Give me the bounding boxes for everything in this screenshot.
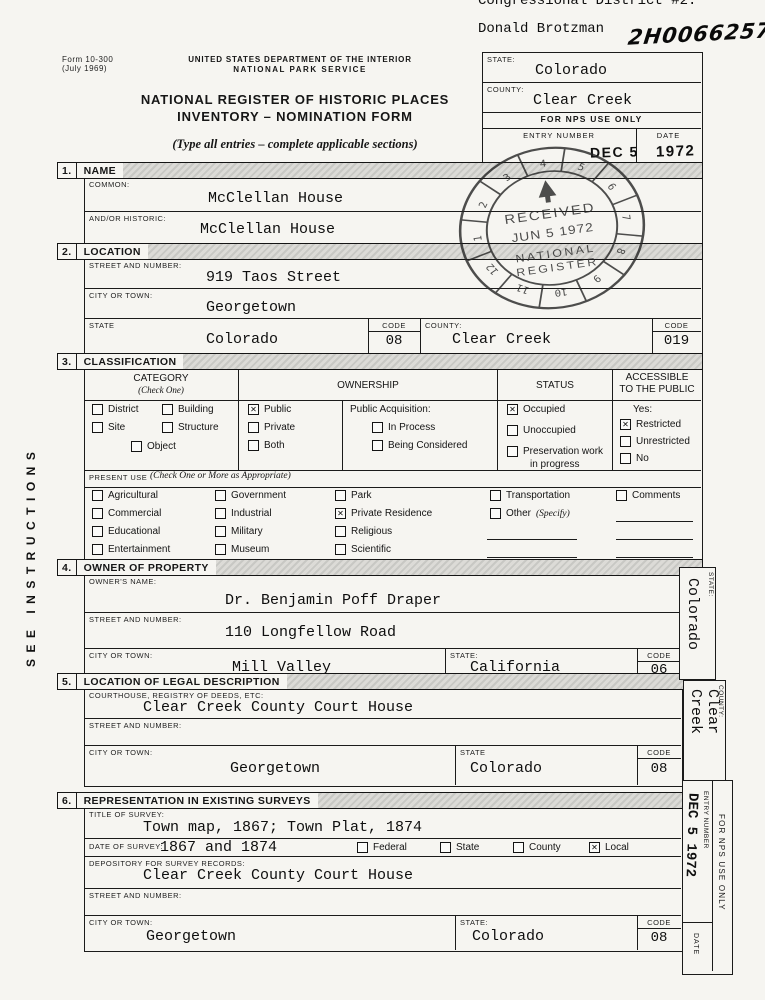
checkbox-label: Private xyxy=(264,422,295,433)
checkbox-use-government[interactable]: Government xyxy=(215,490,286,501)
state-value: Colorado xyxy=(470,760,542,777)
city-label: CITY OR TOWN: xyxy=(89,918,153,927)
checkbox-use-comments[interactable]: Comments xyxy=(616,490,680,501)
code-label: CODE xyxy=(637,748,681,757)
status-header: STATUS xyxy=(498,380,612,391)
present-use-note: (Check One or More as Appropriate) xyxy=(150,471,291,481)
checkbox-label: Transportation xyxy=(506,490,570,501)
divider xyxy=(368,331,420,332)
checkbox-label: Unrestricted xyxy=(636,436,690,447)
checkbox-label: Public xyxy=(264,404,291,415)
street-label: STREET AND NUMBER: xyxy=(89,615,182,624)
divider xyxy=(84,288,701,289)
historic-name-value: McClellan House xyxy=(200,221,335,238)
section-number: 2. xyxy=(58,244,77,259)
divider xyxy=(420,318,421,353)
checkbox-category-building[interactable]: Building xyxy=(162,404,214,415)
state-label: STATE xyxy=(89,321,115,330)
checkbox-status-occupied[interactable]: ✕Occupied xyxy=(507,404,565,415)
city-label: CITY OR TOWN: xyxy=(89,291,153,300)
blank-line xyxy=(487,539,577,540)
divider xyxy=(683,922,712,923)
checkbox-use-agricultural[interactable]: Agricultural xyxy=(92,490,158,501)
checkbox-label: In Process xyxy=(388,422,435,433)
checkbox-box[interactable] xyxy=(372,422,383,433)
form-title-line2: INVENTORY – NOMINATION FORM xyxy=(110,109,480,124)
side-tab-county-value: Clear Creek xyxy=(687,689,721,751)
blank-line xyxy=(616,557,693,558)
congressman-name: Donald Brotzman xyxy=(478,21,604,37)
blank-line xyxy=(616,539,693,540)
checkbox-box[interactable] xyxy=(215,526,226,537)
section-title: LOCATION OF LEGAL DESCRIPTION xyxy=(77,674,287,689)
city-value: Georgetown xyxy=(230,760,320,777)
county-label: COUNTY: xyxy=(425,321,462,330)
date-stamp-month-day: DEC 5 xyxy=(590,143,639,160)
divider xyxy=(637,758,681,759)
checkbox-status-unoccupied[interactable]: Unoccupied xyxy=(507,425,576,436)
divider xyxy=(84,400,701,401)
city-value: Georgetown xyxy=(206,299,296,316)
street-label: STREET AND NUMBER: xyxy=(89,261,182,270)
checkbox-box[interactable] xyxy=(440,842,451,853)
status-wrap-label: in progress xyxy=(530,459,579,470)
divider xyxy=(84,856,681,857)
checkbox-box[interactable] xyxy=(215,490,226,501)
divider xyxy=(84,487,701,488)
divider xyxy=(652,331,701,332)
section-number: 4. xyxy=(58,560,77,575)
divider xyxy=(637,928,681,929)
divider xyxy=(342,400,343,470)
date-label: DATE xyxy=(636,131,701,140)
checkbox-use-transportation[interactable]: Transportation xyxy=(490,490,570,501)
section-number: 3. xyxy=(58,354,77,369)
divider xyxy=(482,82,701,83)
checkbox-label: Entertainment xyxy=(108,544,170,555)
blank-line xyxy=(487,557,577,558)
checkbox-label: Unoccupied xyxy=(523,425,576,436)
checkbox-box[interactable] xyxy=(507,425,518,436)
code-label: CODE xyxy=(637,918,681,927)
survey-title-label: TITLE OF SURVEY: xyxy=(89,810,164,819)
checkbox-box[interactable] xyxy=(490,508,501,519)
other-specify-note: (Specify) xyxy=(536,509,570,519)
section-number: 1. xyxy=(58,163,77,178)
form-number: Form 10-300 xyxy=(62,55,113,64)
divider xyxy=(482,112,701,113)
county-label: COUNTY: xyxy=(487,85,524,94)
section-bar-classification: 3. CLASSIFICATION xyxy=(57,353,703,370)
checkbox-label: Agricultural xyxy=(108,490,158,501)
street-value: 919 Taos Street xyxy=(206,269,341,286)
divider xyxy=(84,648,681,649)
present-use-label: PRESENT USE xyxy=(89,473,147,482)
section-title: CLASSIFICATION xyxy=(77,354,184,369)
side-tab-state-label: STATE: xyxy=(707,572,714,597)
access-header-line2: TO THE PUBLIC xyxy=(613,384,701,395)
divider xyxy=(84,211,701,212)
checkbox-box[interactable] xyxy=(616,490,627,501)
checkbox-label: State xyxy=(456,842,479,853)
historic-label: AND/OR HISTORIC: xyxy=(89,214,166,223)
checkbox-use-scientific[interactable]: Scientific xyxy=(335,544,391,555)
category-subheader: (Check One) xyxy=(100,385,222,395)
section-bar-surveys: 6. REPRESENTATION IN EXISTING SURVEYS xyxy=(57,792,703,809)
courthouse-value: Clear Creek County Court House xyxy=(143,699,413,716)
survey-date-label: DATE OF SURVEY: xyxy=(89,842,163,851)
divider xyxy=(84,888,681,889)
checkbox-use-religious[interactable]: Religious xyxy=(335,526,392,537)
code-value: 08 xyxy=(637,930,681,946)
handwritten-reference-number: 2H0066257 xyxy=(627,18,765,50)
checkbox-box[interactable] xyxy=(248,422,259,433)
checkbox-box[interactable] xyxy=(507,446,518,457)
checkbox-survey-federal[interactable]: Federal xyxy=(357,842,407,853)
section-number: 5. xyxy=(58,674,77,689)
divider xyxy=(455,915,456,950)
checkbox-label: Building xyxy=(178,404,214,415)
checkbox-box[interactable] xyxy=(513,842,524,853)
scanned-nomination-form: SEE INSTRUCTIONS Congressional District … xyxy=(0,0,765,1000)
common-label: COMMON: xyxy=(89,180,130,189)
see-instructions-vertical-text: SEE INSTRUCTIONS xyxy=(24,372,38,667)
checkbox-label: Government xyxy=(231,490,286,501)
checkbox-category-structure[interactable]: Structure xyxy=(162,422,219,433)
checkbox-label: Military xyxy=(231,526,263,537)
city-label: CITY OR TOWN: xyxy=(89,651,153,660)
checkbox-ownership-both[interactable]: Both xyxy=(248,440,285,451)
divider xyxy=(455,745,456,785)
checkbox-label: Museum xyxy=(231,544,269,555)
date-label: DATE xyxy=(692,933,699,955)
checkbox-label: Site xyxy=(108,422,125,433)
checkbox-box[interactable] xyxy=(162,422,173,433)
acquisition-label: Public Acquisition: xyxy=(350,404,431,415)
checkbox-ownership-private[interactable]: Private xyxy=(248,422,295,433)
checkbox-box[interactable] xyxy=(215,508,226,519)
checkbox-box[interactable]: ✕ xyxy=(335,508,346,519)
checkbox-box[interactable] xyxy=(92,422,103,433)
checkbox-acquisition-being-considered[interactable]: Being Considered xyxy=(372,440,468,451)
checkbox-access-restricted[interactable]: ✕Restricted xyxy=(620,419,681,430)
checkbox-box[interactable] xyxy=(248,440,259,451)
checkbox-use-museum[interactable]: Museum xyxy=(215,544,269,555)
divider xyxy=(482,128,701,129)
code-value: 08 xyxy=(637,761,681,777)
divider xyxy=(712,781,713,971)
checkbox-use-park[interactable]: Park xyxy=(335,490,372,501)
checkbox-box[interactable] xyxy=(92,544,103,555)
county-value: Clear Creek xyxy=(533,92,632,109)
checkbox-box[interactable] xyxy=(335,544,346,555)
checkbox-box[interactable] xyxy=(620,436,631,447)
divider xyxy=(84,745,681,746)
checkbox-label: Commercial xyxy=(108,508,161,519)
section-title: REPRESENTATION IN EXISTING SURVEYS xyxy=(77,793,318,808)
code-label: CODE xyxy=(652,321,701,330)
section-title: NAME xyxy=(77,163,124,178)
county-code-value: 019 xyxy=(652,333,701,349)
survey-title-value: Town map, 1867; Town Plat, 1874 xyxy=(143,819,422,836)
checkbox-label: Local xyxy=(605,842,629,853)
checkbox-box[interactable] xyxy=(490,490,501,501)
section3-box xyxy=(84,368,703,562)
section-number: 6. xyxy=(58,793,77,808)
checkbox-label: Industrial xyxy=(231,508,272,519)
checkbox-category-district[interactable]: District xyxy=(92,404,139,415)
checkbox-label: Structure xyxy=(178,422,219,433)
checkbox-box[interactable] xyxy=(335,526,346,537)
checkbox-access-no[interactable]: No xyxy=(620,453,649,464)
divider xyxy=(84,915,681,916)
checkbox-box[interactable]: ✕ xyxy=(589,842,600,853)
checkbox-box[interactable] xyxy=(372,440,383,451)
checkbox-ownership-public[interactable]: ✕Public xyxy=(248,404,291,415)
section-bar-name: 1. NAME xyxy=(57,162,703,179)
checkbox-label: Preservation work xyxy=(523,446,603,457)
divider xyxy=(84,318,701,319)
congressional-district-line: Congressional District #2: xyxy=(478,0,696,9)
checkbox-use-private-residence[interactable]: ✕Private Residence xyxy=(335,508,432,519)
date-stamp-year: 1972 xyxy=(656,142,696,160)
survey-date-value: 1867 and 1874 xyxy=(160,839,277,856)
checkbox-category-site[interactable]: Site xyxy=(92,422,125,433)
for-nps-use-only: FOR NPS USE ONLY xyxy=(482,114,701,124)
form-title-line1: NATIONAL REGISTER OF HISTORIC PLACES xyxy=(110,92,480,107)
owner-name-label: OWNER'S NAME: xyxy=(89,577,157,586)
checkbox-box[interactable] xyxy=(92,526,103,537)
section-bar-location: 2. LOCATION xyxy=(57,243,703,260)
checkbox-box[interactable] xyxy=(620,453,631,464)
checkbox-acquisition-in-process[interactable]: In Process xyxy=(372,422,435,433)
checkbox-box[interactable] xyxy=(335,490,346,501)
entry-number-label: ENTRY NUMBER xyxy=(702,791,709,849)
code-label: CODE xyxy=(368,321,420,330)
checkbox-label: Scientific xyxy=(351,544,391,555)
checkbox-label: Federal xyxy=(373,842,407,853)
side-tab-state: STATE: Colorado xyxy=(679,567,716,680)
checkbox-box[interactable] xyxy=(162,404,173,415)
access-yes-label: Yes: xyxy=(633,404,652,415)
checkbox-box[interactable] xyxy=(92,508,103,519)
state-label: STATE: xyxy=(460,918,488,927)
checkbox-survey-local[interactable]: ✕Local xyxy=(589,842,629,853)
checkbox-use-industrial[interactable]: Industrial xyxy=(215,508,272,519)
checkbox-survey-county[interactable]: County xyxy=(513,842,561,853)
checkbox-access-unrestricted[interactable]: Unrestricted xyxy=(620,436,690,447)
side-tab-state-value: Colorado xyxy=(684,578,701,650)
checkbox-label: Comments xyxy=(632,490,680,501)
checkbox-use-educational[interactable]: Educational xyxy=(92,526,160,537)
side-tab-county: COUNTY: Clear Creek xyxy=(683,680,726,792)
state-value: Colorado xyxy=(472,928,544,945)
code-label: CODE xyxy=(637,651,681,660)
service-line: NATIONAL PARK SERVICE xyxy=(150,65,450,74)
divider xyxy=(84,718,681,719)
checkbox-box[interactable]: ✕ xyxy=(248,404,259,415)
access-header-line1: ACCESSIBLE xyxy=(613,372,701,383)
checkbox-survey-state[interactable]: State xyxy=(440,842,479,853)
state-value: Colorado xyxy=(206,331,278,348)
type-all-entries-note: (Type all entries – complete applicable … xyxy=(145,137,445,152)
county-value: Clear Creek xyxy=(452,331,551,348)
checkbox-label: No xyxy=(636,453,649,464)
category-header: CATEGORY xyxy=(100,373,222,384)
checkbox-label: Religious xyxy=(351,526,392,537)
checkbox-use-commercial[interactable]: Commercial xyxy=(92,508,161,519)
city-value: Georgetown xyxy=(146,928,236,945)
depository-value: Clear Creek County Court House xyxy=(143,867,413,884)
checkbox-label: Park xyxy=(351,490,372,501)
checkbox-box[interactable] xyxy=(357,842,368,853)
owner-name-value: Dr. Benjamin Poff Draper xyxy=(225,592,441,609)
blank-line xyxy=(616,521,693,522)
checkbox-use-entertainment[interactable]: Entertainment xyxy=(92,544,170,555)
checkbox-label: Both xyxy=(264,440,285,451)
entry-number-label: ENTRY NUMBER xyxy=(482,131,636,140)
section-bar-owner: 4. OWNER OF PROPERTY xyxy=(57,559,703,576)
entry-date-stamp: DEC 5 1972 xyxy=(682,793,701,878)
department-line: UNITED STATES DEPARTMENT OF THE INTERIOR xyxy=(150,55,450,64)
checkbox-use-military[interactable]: Military xyxy=(215,526,263,537)
for-nps-use-only-label: FOR NPS USE ONLY xyxy=(717,814,726,911)
checkbox-label: Other xyxy=(506,508,531,519)
section-title: LOCATION xyxy=(77,244,148,259)
checkbox-label: Educational xyxy=(108,526,160,537)
checkbox-box[interactable] xyxy=(215,544,226,555)
city-label: CITY OR TOWN: xyxy=(89,748,153,757)
state-value: Colorado xyxy=(535,62,607,79)
checkbox-box[interactable]: ✕ xyxy=(620,419,631,430)
state-code-value: 08 xyxy=(368,333,420,349)
checkbox-use-other[interactable]: Other(Specify) xyxy=(490,508,570,519)
street-label: STREET AND NUMBER: xyxy=(89,721,182,730)
checkbox-label: Private Residence xyxy=(351,508,432,519)
section-title: OWNER OF PROPERTY xyxy=(77,560,216,575)
side-tab-nps-strip: ENTRY NUMBER DEC 5 1972 DATE FOR NPS USE… xyxy=(682,780,733,975)
checkbox-box[interactable]: ✕ xyxy=(507,404,518,415)
checkbox-label: Restricted xyxy=(636,419,681,430)
street-value: 110 Longfellow Road xyxy=(225,624,396,641)
divider xyxy=(445,648,446,675)
checkbox-label: District xyxy=(108,404,139,415)
state-label: STATE xyxy=(460,748,486,757)
checkbox-category-object[interactable]: Object xyxy=(131,441,176,452)
ownership-header: OWNERSHIP xyxy=(239,380,497,391)
checkbox-status-preservation[interactable]: Preservation work xyxy=(507,446,603,457)
checkbox-box[interactable] xyxy=(131,441,142,452)
state-label: STATE: xyxy=(487,55,515,64)
checkbox-label: Occupied xyxy=(523,404,565,415)
street-label: STREET AND NUMBER: xyxy=(89,891,182,900)
divider xyxy=(84,612,681,613)
checkbox-box[interactable] xyxy=(92,404,103,415)
section-bar-legal: 5. LOCATION OF LEGAL DESCRIPTION xyxy=(57,673,703,690)
common-name-value: McClellan House xyxy=(208,190,343,207)
checkbox-label: County xyxy=(529,842,561,853)
checkbox-box[interactable] xyxy=(92,490,103,501)
checkbox-label: Being Considered xyxy=(388,440,468,451)
checkbox-label: Object xyxy=(147,441,176,452)
form-revision: (July 1969) xyxy=(62,64,107,73)
